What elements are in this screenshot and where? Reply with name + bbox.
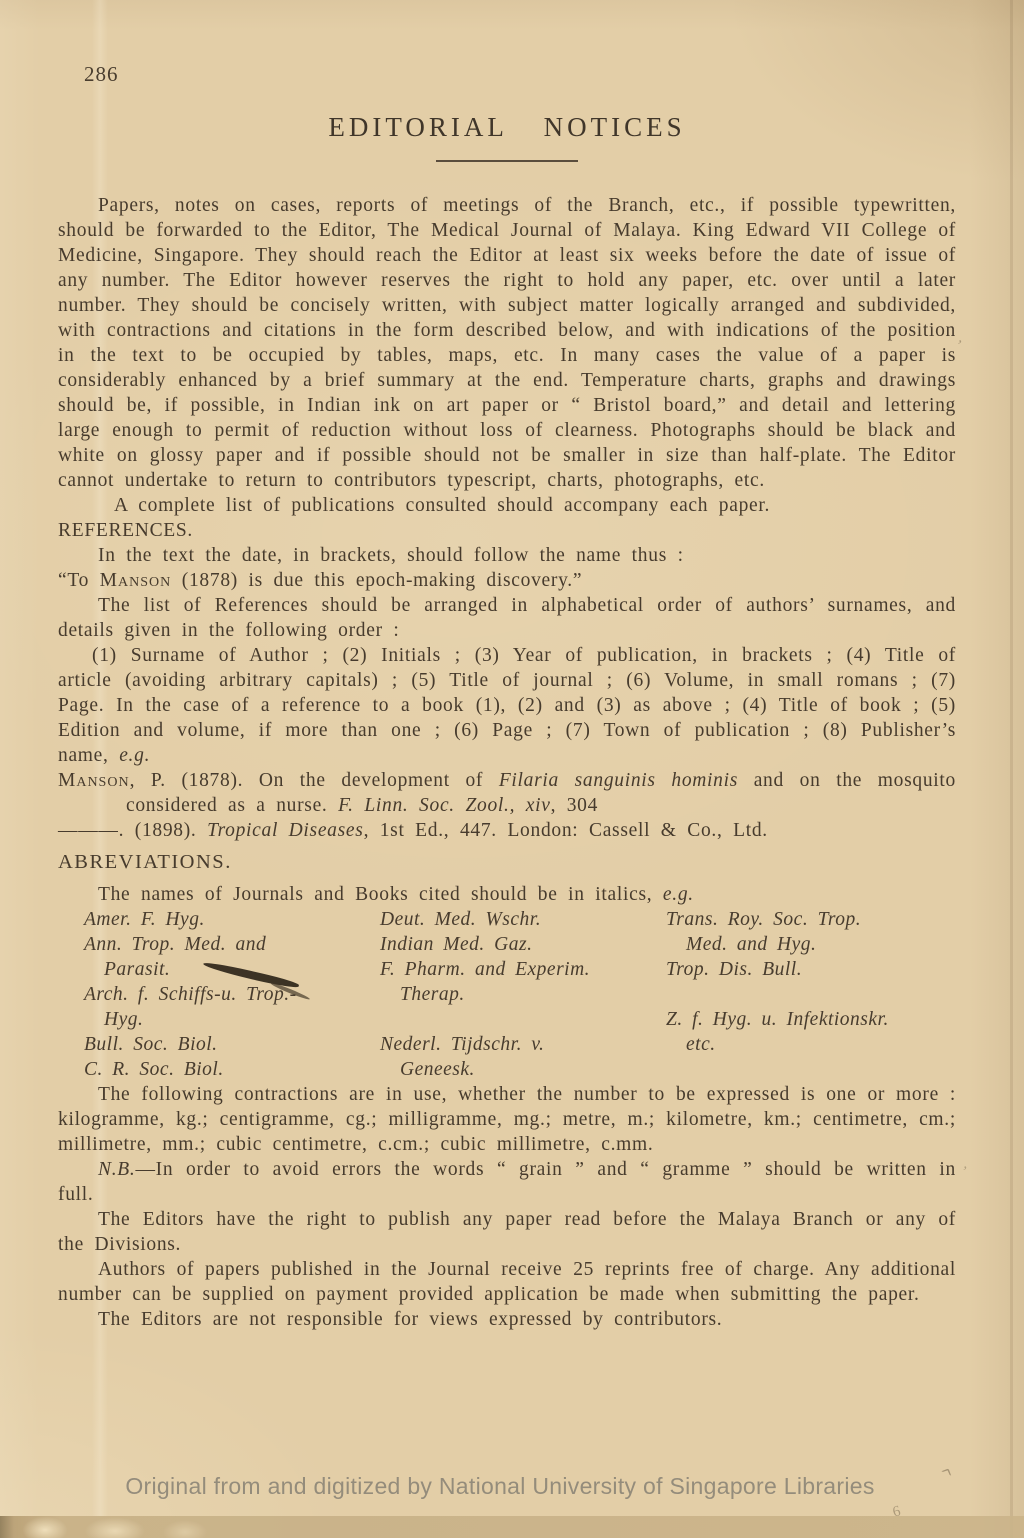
nb-paragraph: N.B.—In order to avoid errors the words … (58, 1157, 956, 1207)
entry2-dash: ———. (1898). (58, 820, 207, 841)
entry1-author-smallcaps: Manson (58, 770, 130, 791)
quote-post: (1878) is due this epoch-making discover… (171, 570, 582, 591)
title-rule (436, 160, 578, 162)
page-bottom-edge (0, 1516, 1024, 1538)
nb-text: —In order to avoid errors the words “ gr… (58, 1159, 956, 1205)
abbrev-entry: Nederl. Tijdschr. v. (380, 1032, 666, 1057)
entry1-page: , 304 (551, 795, 599, 816)
abbrev-entry: F. Pharm. and Experim. (380, 957, 666, 982)
page-number: 286 (84, 62, 119, 87)
manson-quote: “To Manson (1878) is due this epoch-maki… (58, 568, 956, 593)
contractions-paragraph: The following contractions are in use, w… (58, 1082, 956, 1157)
order-main: (1) Surname of Author ; (2) Initials ; (… (58, 645, 956, 766)
abbrev-entry: Hyg. (84, 1007, 380, 1032)
abbreviation-list: Amer. F. Hyg. Deut. Med. Wschr. Trans. R… (84, 907, 956, 1082)
abbrev-entry: Trop. Dis. Bull. (666, 957, 956, 982)
entry2-title-italic: Tropical Diseases (207, 820, 363, 841)
abbrev-entry (380, 1007, 666, 1032)
abbrev-entry: Med. and Hyg. (666, 932, 956, 957)
complete-list-note: A complete list of publications consulte… (58, 493, 956, 518)
responsibility-paragraph: The Editors are not responsible for view… (58, 1307, 956, 1332)
quote-author-smallcaps: Manson (100, 570, 172, 591)
references-order: (1) Surname of Author ; (2) Initials ; (… (58, 643, 956, 768)
abbrev-entry: Therap. (380, 982, 666, 1007)
abbreviations-lead: The names of Journals and Books cited sh… (58, 882, 956, 907)
abbrev-entry: Z. f. Hyg. u. Infektionskr. (666, 1007, 956, 1032)
library-watermark: Original from and digitized by National … (0, 1473, 1000, 1500)
lead-text: The names of Journals and Books cited sh… (98, 884, 663, 905)
abbrev-entry: Deut. Med. Wschr. (380, 907, 666, 932)
stray-mark: , (963, 1156, 970, 1173)
order-eg: e.g. (119, 745, 150, 766)
abbrev-entry: Amer. F. Hyg. (84, 907, 380, 932)
references-heading: REFERENCES. (58, 518, 956, 543)
abbrev-entry: Trans. Roy. Soc. Trop. (666, 907, 956, 932)
entry2-rest: , 1st Ed., 447. London: Cassell & Co., L… (364, 820, 768, 841)
abbrev-entry: Arch. f. Schiffs-u. Trop.- (84, 982, 380, 1007)
abbrev-entry (666, 982, 956, 1007)
nb-label-italic: N.B. (98, 1159, 135, 1180)
abbrev-entry-text: Arch. f. Schiffs-u. Trop.- (84, 984, 297, 1005)
abbrev-entry: Indian Med. Gaz. (380, 932, 666, 957)
reference-entry-2: ———. (1898). Tropical Diseases, 1st Ed.,… (58, 818, 956, 843)
right-crease (1010, 0, 1013, 1538)
abbrev-entry: Ann. Trop. Med. and (84, 932, 380, 957)
quote-pre: “To (58, 570, 100, 591)
page-content: EDITORIAL NOTICES Papers, notes on cases… (58, 112, 956, 1332)
abbreviations-heading: ABREVIATIONS. (58, 850, 956, 875)
abbrev-entry: etc. (666, 1032, 956, 1057)
reference-entry-1: Manson, P. (1878). On the development of… (58, 768, 956, 818)
entry1-journal-italic: F. Linn. Soc. Zool., xiv (338, 795, 550, 816)
abbrev-entry: C. R. Soc. Biol. (84, 1057, 380, 1082)
entry1-text-a: , P. (1878). On the development of (130, 770, 499, 791)
reprints-paragraph: Authors of papers published in the Journ… (58, 1257, 956, 1307)
references-arrange: The list of References should be arrange… (58, 593, 956, 643)
entry1-species-italic: Filaria sanguinis hominis (499, 770, 738, 791)
lead-eg-italic: e.g. (663, 884, 694, 905)
abbrev-entry (666, 1057, 956, 1082)
page-title: EDITORIAL NOTICES (58, 112, 956, 143)
references-lead: In the text the date, in brackets, shoul… (58, 543, 956, 568)
abbrev-entry: Bull. Soc. Biol. (84, 1032, 380, 1057)
abbrev-entry: Geneesk. (380, 1057, 666, 1082)
scanned-journal-page: { "colors": { "paper": "#e3cea7", "ink":… (0, 0, 1024, 1538)
intro-paragraph: Papers, notes on cases, reports of meeti… (58, 193, 956, 493)
editors-publish-paragraph: The Editors have the right to publish an… (58, 1207, 956, 1257)
